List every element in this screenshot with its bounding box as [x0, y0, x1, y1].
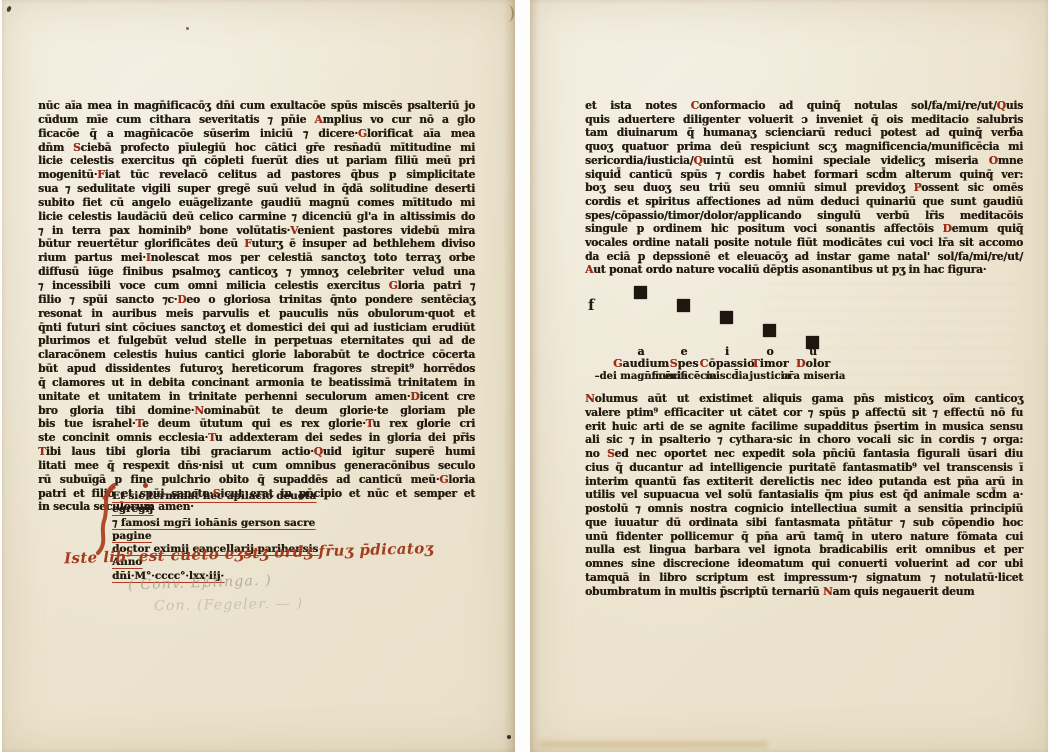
rubricated-initial: I: [146, 251, 151, 264]
rubricated-initial: F: [97, 168, 104, 181]
rubricated-initial: P: [914, 181, 922, 194]
text-line: unū fidenter pollicemur q̄ pn̄a arū tamq…: [585, 530, 1023, 544]
text-line: plurimos et fulgebūt velud stelle in per…: [38, 334, 475, 348]
rubricated-initial: T: [751, 357, 759, 370]
text-line: obumbratum in multis p̄scriptū ternariū …: [585, 585, 1023, 599]
left-page-text-block: nūc aīa mea in magn̄ificacōʒ dn̄i cum ex…: [38, 99, 475, 514]
text-line: da eciā p depssionē et eleuacōʒ ad insta…: [585, 250, 1023, 264]
square-music-note: [763, 324, 776, 337]
rubricated-initial: G: [439, 473, 448, 486]
square-music-note: [677, 299, 690, 312]
rubricated-initial: N: [194, 404, 204, 417]
text-line: ⁊ incessibili voce cum omni milicia cele…: [38, 279, 475, 293]
rubricated-initial: A: [314, 113, 322, 126]
solfa-figure: f aGaudium–dei magn̄ficēciaeSpesmunificē…: [530, 283, 1048, 405]
affection-word: Dolor: [796, 357, 830, 370]
text-line: litati mee q̄ respexit dn̄s·nisi ut cum …: [38, 459, 475, 473]
text-line: filio ⁊ spūi sancto ⁊c·Deo o gloriosa tr…: [38, 293, 475, 307]
f-clef: f: [588, 296, 594, 314]
text-line: sericordia/iusticia/Quintū est homini sp…: [585, 154, 1023, 168]
text-line: que iuuatur dū ordinata sibi fantasmata …: [585, 516, 1023, 530]
text-line: postolū ⁊ omnis nostra cognicio intellec…: [585, 502, 1023, 516]
text-line: Aut ponat̄ ordo nature vocaliū dēptis as…: [585, 263, 1023, 277]
text-line: tam diuinarum q̄ humanaʒ scienciarū redu…: [585, 126, 1023, 140]
rubricated-initial: N: [585, 392, 595, 405]
rubricated-initial: T: [366, 417, 373, 430]
text-line: interim quantū fas extiterit derelictis …: [585, 475, 1023, 489]
square-music-note: [720, 311, 733, 324]
rubricated-initial: V: [290, 224, 297, 237]
rubricated-initial: T: [38, 445, 46, 458]
affection-gloss: miscd̄ia: [705, 371, 748, 382]
text-line: et ista notes Conformacio ad quinq̄ notu…: [585, 99, 1023, 113]
text-line: ⁊ in terra pax hominib⁹ bone volūtatis·V…: [38, 224, 475, 238]
paper-speck: [6, 5, 12, 12]
text-line: ⁊ famosi mgr̄i iohānis gerson sacre pagi…: [112, 517, 344, 544]
bottom-edge-stain: [538, 741, 768, 748]
rubricated-initial: Q: [693, 154, 702, 167]
text-line: licie celestis laudāciū deū celico carmi…: [38, 210, 475, 224]
text-line: omnes sine discrecione ideomatum qui con…: [585, 557, 1023, 571]
text-line: bis tue israhel·Te deum ūtutum qui es re…: [38, 417, 475, 431]
pencil-note: Con. (Fegeler. — ): [154, 596, 304, 615]
text-line: subito fiet cū angelo euāgelizante gaudi…: [38, 196, 475, 210]
right-page-upper-text-block: et ista notes Conformacio ad quinq̄ notu…: [585, 99, 1023, 277]
rubricated-initial: Q: [314, 445, 323, 458]
rubricated-initial: O: [989, 154, 998, 167]
rubricated-initial: T: [135, 417, 142, 430]
red-ink-dot: [143, 483, 148, 488]
text-line: q̄ clamores ut in debita concinant armon…: [38, 376, 475, 390]
rubricated-initial: G: [389, 279, 398, 292]
affection-gloss: nr̄a miseria: [781, 371, 845, 382]
rubricated-initial: D: [410, 390, 419, 403]
affection-word: Cōpassio: [700, 357, 755, 370]
text-line: dn̄m Sciebā profecto pīulegiū hoc cātici…: [38, 141, 475, 155]
text-line: vocales ordine natali posite notule fiūt…: [585, 236, 1023, 250]
paper-speck: [507, 735, 511, 739]
text-line: bro gloria tibi domine·Nominabūt te deum…: [38, 404, 475, 418]
text-line: quis aduertere diligenter voluerit ɔ inv…: [585, 113, 1023, 127]
right-page-lower-text-block: Nolumus aūt ut existimet aliquis gama pn…: [585, 392, 1023, 598]
text-line: Et sic terminat̄ hec apilacio deuota egr…: [112, 490, 344, 517]
text-line: q̄nti futuri sint cōciues sanctoʒ et dom…: [38, 321, 475, 335]
rubricated-initial: N: [823, 585, 833, 598]
rubricated-initial: Q: [997, 99, 1006, 112]
text-line: būtur reuertētur glorificātes deū Futurʒ…: [38, 237, 475, 251]
rubricated-initial: S: [670, 357, 678, 370]
rubricated-initial: S: [607, 447, 615, 460]
square-music-note: [634, 286, 647, 299]
text-line: utilis vel supuacua vel solū fantasialis…: [585, 488, 1023, 502]
text-line: būt apud dissidentes futuroʒ hereticorum…: [38, 362, 475, 376]
text-line: erit huic arti de se agnite facilime sup…: [585, 420, 1023, 434]
text-line: diffusū iūge finibus psalmoʒ canticoʒ ⁊ …: [38, 265, 475, 279]
text-line: nūc aīa mea in magn̄ificacōʒ dn̄i cum ex…: [38, 99, 475, 113]
colophon: Et sic terminat̄ hec apilacio deuota egr…: [112, 490, 344, 583]
text-line: unitate et unitatem in trinitate perhenn…: [38, 390, 475, 404]
rubricated-initial: D: [943, 222, 952, 235]
rubricated-initial: T: [208, 431, 215, 444]
text-line: cūdum mīe cum cithara severitatis ⁊ pn̄i…: [38, 113, 475, 127]
rubricated-initial: D: [796, 357, 806, 370]
rubricated-initial: F: [244, 237, 251, 250]
text-line: no Sed nec oportet nec expedit sola pn̄c…: [585, 447, 1023, 461]
affection-word: Timor: [751, 357, 788, 370]
rubricated-initial: G: [613, 357, 622, 370]
text-line: quoʒ quatuor prima deū respiciunt scʒ ma…: [585, 140, 1023, 154]
rubricated-initial: C: [691, 99, 699, 112]
text-line: sua ⁊ sedulitate vigili super gregē suū …: [38, 182, 475, 196]
paper-fiber-mark: [502, 5, 514, 22]
paper-speck: [186, 27, 189, 30]
book-opening-photo: nūc aīa mea in magn̄ificacōʒ dn̄i cum ex…: [0, 0, 1050, 752]
affection-word: Spes: [670, 357, 699, 370]
text-line: licie celestis exercitus qn̄ cōpleti fue…: [38, 154, 475, 168]
text-line: cordis et spiritus affectiones ad nūm de…: [585, 195, 1023, 209]
text-line: singule p ordinem hic positum voci sonan…: [585, 222, 1023, 236]
text-line: valere ptim⁹ efficaciter ut cātet cor ⁊ …: [585, 406, 1023, 420]
text-line: boʒ seu duoʒ seu triū seu omniū simul pr…: [585, 181, 1023, 195]
text-line: mogenitū·Fiat tūc revelacō celitus ad pa…: [38, 168, 475, 182]
text-line: ficacōe q̄ a magn̄icacōe sūserim iniciū …: [38, 127, 475, 141]
text-line: ali sic ⁊ in psalterio ⁊ cythara·sic in …: [585, 433, 1023, 447]
rubricated-initial: D: [177, 293, 186, 306]
right-page: et ista notes Conformacio ad quinq̄ notu…: [530, 0, 1048, 752]
text-line: Tibi laus tibi gloria tibi graciarum act…: [38, 445, 475, 459]
rubricated-initial: S: [73, 141, 81, 154]
rubricated-initial: G: [358, 127, 367, 140]
text-line: cius q̄ ducantur ad intelligencie purita…: [585, 461, 1023, 475]
text-line: claracōnem celestis huius cantici glorie…: [38, 348, 475, 362]
text-line: spes/cōpassio/timor/dolor/applicando sin…: [585, 209, 1023, 223]
rubricated-initial: A: [585, 263, 593, 276]
text-line: siquid̄ canticū spūs ⁊ cordis habet form…: [585, 168, 1023, 182]
rubricated-initial: C: [700, 357, 709, 370]
text-line: resonat in auribus meis parvulis et pauc…: [38, 307, 475, 321]
text-line: rium partus mei·Inolescat mos per celest…: [38, 251, 475, 265]
text-line: Nolumus aūt ut existimet aliquis gama pn…: [585, 392, 1023, 406]
show-through-ghost-text: [765, 283, 1015, 401]
text-line: ste concinit omnis ecclesia·Tu addextera…: [38, 431, 475, 445]
text-line: nulla est lingua barbara vel ignota brad…: [585, 543, 1023, 557]
affection-word: Gaudium: [613, 357, 669, 370]
text-line: tamquā in libro scriptum est impressum·⁊…: [585, 571, 1023, 585]
left-page: nūc aīa mea in magn̄ificacōʒ dn̄i cum ex…: [2, 0, 515, 752]
